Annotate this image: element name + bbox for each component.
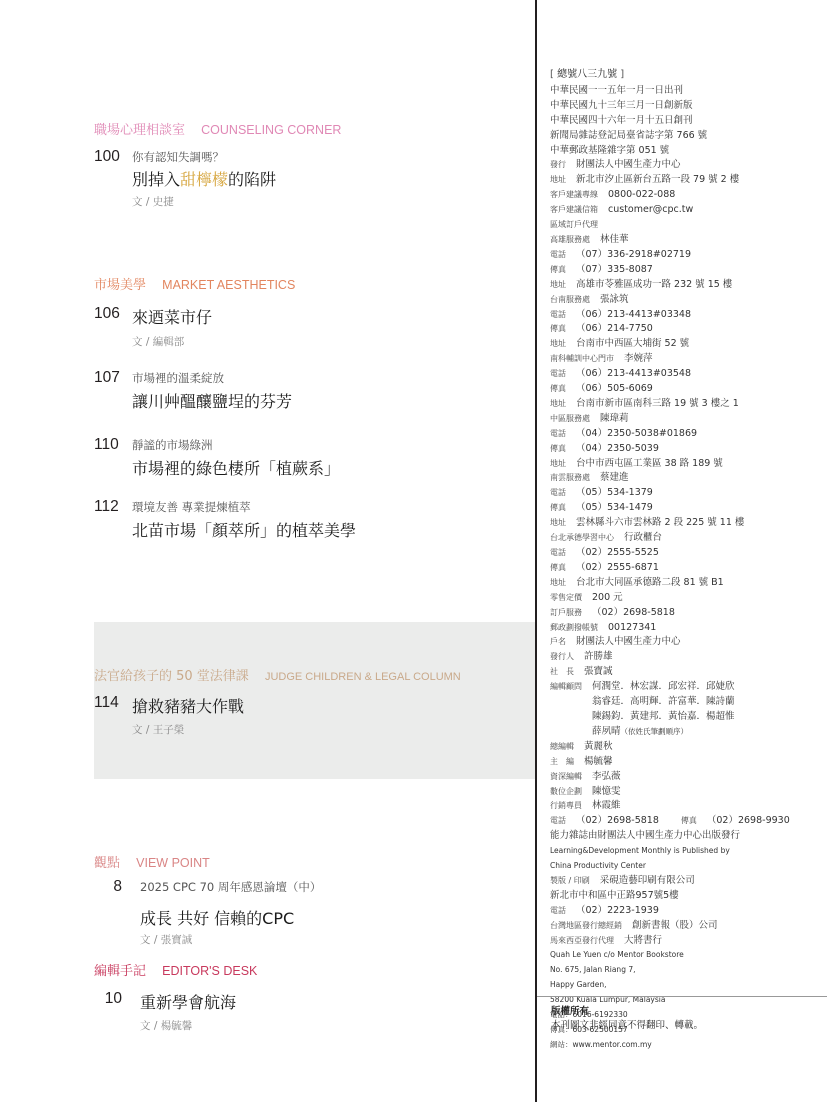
colophon-label: 數位企劃 <box>550 785 582 799</box>
colophon-line: 中華民國九十三年三月一日創新版 <box>550 99 820 114</box>
colophon-divider <box>537 996 827 997</box>
entry-author: 文 / 王子榮 <box>132 722 184 737</box>
colophon-label: 電話 <box>550 427 566 441</box>
colophon-label: 馬來西亞發行代理 <box>550 934 614 948</box>
colophon-line: Learning&Development Monthly is Publishe… <box>550 844 820 859</box>
colophon-label: 電話 <box>550 546 566 560</box>
colophon-value: （02）2555-6871 <box>576 562 659 573</box>
colophon-line: 訂戶服務（02）2698-5818 <box>550 606 820 621</box>
page-number: 100 <box>94 148 120 166</box>
colophon-line: 電話（06）213-4413#03348 <box>550 308 820 323</box>
colophon-line: 傳真（04）2350-5039 <box>550 442 820 457</box>
page-number: 10 <box>94 990 122 1008</box>
colophon-label: 資深編輯 <box>550 770 582 784</box>
colophon-value: 翁睿廷．高明輝．許富華．陳詩蘭 <box>592 696 735 707</box>
colophon-line: 總編輯黃麗秋 <box>550 740 820 755</box>
colophon-line: 台南服務處張詠筑 <box>550 293 820 308</box>
colophon-value: 楊毓馨 <box>584 756 613 767</box>
colophon-line: 製版 / 印刷采硯造藝印刷有限公司 <box>550 874 820 889</box>
page-number: 8 <box>94 878 122 896</box>
colophon-line: 零售定價200 元 <box>550 591 820 606</box>
copyright-heading: 版權所有 <box>551 1005 703 1019</box>
entry-subtitle: 市場裡的溫柔綻放 <box>132 370 224 386</box>
entry-title: 讓川艸醞釀鹽埕的芬芳 <box>132 389 292 412</box>
colophon-value: 采硯造藝印刷有限公司 <box>600 875 695 886</box>
colophon-label: 電話 <box>550 308 566 322</box>
colophon-value: 許勝雄 <box>584 651 613 662</box>
colophon-value: 雲林縣斗六市雲林路 2 段 225 號 11 樓 <box>576 517 744 528</box>
colophon-value: 新北市中和區中正路957號5樓 <box>550 890 679 901</box>
colophon-line: 電話（06）213-4413#03548 <box>550 367 820 382</box>
colophon-value: 網站：www.mentor.com.my <box>550 1040 652 1049</box>
colophon-line: 地址台南市新市區南科三路 19 號 3 樓之 1 <box>550 397 820 412</box>
colophon-label: 傳真 <box>550 442 566 456</box>
issue-number: [ 總號八三九號 ] <box>550 68 820 82</box>
colophon-value: （05）534-1479 <box>576 502 653 513</box>
colophon-label: 總編輯 <box>550 740 574 754</box>
colophon-line: 傳真（02）2555-6871 <box>550 561 820 576</box>
colophon-line: 南雲服務處蔡建進 <box>550 471 820 486</box>
colophon-value: 高雄市苓雅區成功一路 232 號 15 樓 <box>576 279 732 290</box>
colophon-value: （06）214-7750 <box>576 323 653 334</box>
section-header-judge: 法官給孩子的 50 堂法律課 JUDGE CHILDREN & LEGAL CO… <box>94 665 461 684</box>
colophon-line: 台北承德學習中心行政櫃台 <box>550 531 820 546</box>
colophon-line: 陳錫鈞．黃建邦．黃怡嘉．楊超惟 <box>550 710 820 725</box>
colophon-note: （依姓氏筆劃順序） <box>621 727 689 736</box>
colophon-line: 電話（07）336-2918#02719 <box>550 248 820 263</box>
colophon-label: 社 長 <box>550 665 574 679</box>
colophon-label: 電話 <box>550 486 566 500</box>
colophon-value: 新北市汐止區新台五路一段 79 號 2 樓 <box>576 174 739 185</box>
colophon-line: 中華民國四十六年一月十五日創刊 <box>550 114 820 129</box>
colophon-line: 地址台南市中西區大埔街 52 號 <box>550 337 820 352</box>
colophon-value: （04）2350-5039 <box>576 443 659 454</box>
colophon-value: （06）213-4413#03548 <box>576 368 691 379</box>
colophon-value: 財團法人中國生產力中心 <box>576 636 681 647</box>
colophon-label: 編輯顧問 <box>550 680 582 694</box>
colophon-value: 薛夙晴 <box>592 726 621 737</box>
colophon-value: 李婉萍 <box>624 353 653 364</box>
colophon-line: 翁睿廷．高明輝．許富華．陳詩蘭 <box>550 695 820 710</box>
colophon-label: 行銷專員 <box>550 799 582 813</box>
colophon-value: 能力雜誌由財團法人中國生產力中心出版發行 <box>550 830 740 841</box>
colophon-value: （05）534-1379 <box>576 487 653 498</box>
colophon-value: （04）2350-5038#01869 <box>576 428 697 439</box>
colophon-value: No. 675, Jalan Riang 7, <box>550 965 636 974</box>
colophon-value: 蔡建進 <box>600 472 629 483</box>
colophon-line: 電話（02）2698-5818傳真（02）2698-9930 <box>550 814 820 829</box>
colophon-value: 台北市大同區承德路二段 81 號 B1 <box>576 577 724 588</box>
colophon-line: 電話（02）2223-1939 <box>550 904 820 919</box>
colophon-label: 地址 <box>550 576 566 590</box>
colophon-value: 中華民國一一五年一月一日出刊 <box>550 85 683 96</box>
colophon-line: 地址台北市大同區承德路二段 81 號 B1 <box>550 576 820 591</box>
colophon-value: （02）2555-5525 <box>576 547 659 558</box>
colophon-label: 訂戶服務 <box>550 606 582 620</box>
colophon-value: 陳錫鈞．黃建邦．黃怡嘉．楊超惟 <box>592 711 735 722</box>
colophon-line: 地址雲林縣斗六市雲林路 2 段 225 號 11 樓 <box>550 516 820 531</box>
colophon-label: 發行 <box>550 158 566 172</box>
entry-author: 文 / 楊毓馨 <box>140 1018 192 1033</box>
colophon-label: 傳真 <box>550 322 566 336</box>
colophon-line: 高雄服務處林佳華 <box>550 233 820 248</box>
section-header-viewpoint: 觀點 VIEW POINT <box>94 852 210 871</box>
page-number: 114 <box>94 694 119 712</box>
colophon-line: 電話（04）2350-5038#01869 <box>550 427 820 442</box>
colophon-value: customer@cpc.tw <box>608 204 693 215</box>
colophon-line: No. 675, Jalan Riang 7, <box>550 963 820 978</box>
colophon-line: 數位企劃陳憶雯 <box>550 785 820 800</box>
page-number: 106 <box>94 305 120 323</box>
colophon-label: 台北承德學習中心 <box>550 531 614 545</box>
colophon-label: 地址 <box>550 516 566 530</box>
colophon-line: 能力雜誌由財團法人中國生產力中心出版發行 <box>550 829 820 844</box>
colophon-value: 林霞維 <box>592 800 621 811</box>
colophon-label: 傳真 <box>681 814 697 828</box>
colophon-line: 地址新北市汐止區新台五路一段 79 號 2 樓 <box>550 173 820 188</box>
colophon-value: （02）2698-5818 <box>576 815 659 826</box>
colophon-line: 郵政劃撥帳號00127341 <box>550 621 820 636</box>
colophon-label: 高雄服務處 <box>550 233 590 247</box>
colophon-label: 區域訂戶代理 <box>550 218 598 232</box>
colophon-line: 主 編楊毓馨 <box>550 755 820 770</box>
section-header-counseling: 職場心理相談室 COUNSELING CORNER <box>94 119 341 138</box>
colophon-value: （06）505-6069 <box>576 383 653 394</box>
copyright-text: 本刊圖文非經同意不得翻印、轉載。 <box>551 1019 703 1033</box>
colophon-line: 資深編輯李弘薇 <box>550 770 820 785</box>
colophon-label: 傳真 <box>550 561 566 575</box>
colophon-label: 主 編 <box>550 755 574 769</box>
colophon-value: 中華郵政基隆雜字第 051 號 <box>550 145 669 156</box>
colophon-line: 編輯顧問何潤堂．林宏謀．邱宏祥．邱婕欣 <box>550 680 820 695</box>
colophon-value: 張詠筑 <box>600 294 629 305</box>
colophon-value: 台南市中西區大埔街 52 號 <box>576 338 689 349</box>
entry-subtitle: 靜謐的市場綠洲 <box>132 437 213 453</box>
colophon-value: 張寶誠 <box>584 666 613 677</box>
colophon-label: 地址 <box>550 173 566 187</box>
colophon-value: 大將書行 <box>624 935 662 946</box>
page-number: 110 <box>94 436 119 454</box>
colophon-value: （02）2698-9930 <box>707 815 790 826</box>
entry-subtitle: 環境友善 專業提煉植萃 <box>132 499 251 515</box>
colophon-line: 中華民國一一五年一月一日出刊 <box>550 84 820 99</box>
colophon-line: 馬來西亞發行代理大將書行 <box>550 934 820 949</box>
colophon-label: 地址 <box>550 457 566 471</box>
colophon-line: 地址高雄市苓雅區成功一路 232 號 15 樓 <box>550 278 820 293</box>
colophon-label: 郵政劃撥帳號 <box>550 621 598 635</box>
colophon-value: 中華民國四十六年一月十五日創刊 <box>550 115 693 126</box>
colophon-value: 黃麗秋 <box>584 741 613 752</box>
colophon-value: （02）2698-5818 <box>592 607 675 618</box>
colophon-label: 客戶建議信箱 <box>550 203 598 217</box>
colophon-value: 台南市新市區南科三路 19 號 3 樓之 1 <box>576 398 739 409</box>
colophon-value: 00127341 <box>608 622 656 633</box>
colophon-line: 傳真（06）214-7750 <box>550 322 820 337</box>
colophon-value: 行政櫃台 <box>624 532 662 543</box>
column-divider <box>535 0 537 1102</box>
entry-title: 成長 共好 信賴的CPC <box>140 906 294 929</box>
colophon-value: （06）213-4413#03348 <box>576 309 691 320</box>
colophon-label: 電話 <box>550 904 566 918</box>
colophon-line: 電話（02）2555-5525 <box>550 546 820 561</box>
colophon-label: 傳真 <box>550 382 566 396</box>
colophon-line: 發行人許勝雄 <box>550 650 820 665</box>
colophon-value: 何潤堂．林宏謀．邱宏祥．邱婕欣 <box>592 681 735 692</box>
section-header-market: 市場美學 MARKET AESTHETICS <box>94 274 295 293</box>
colophon-value: 陳瑋莉 <box>600 413 629 424</box>
colophon-line: 中區服務處陳瑋莉 <box>550 412 820 427</box>
colophon-label: 傳真 <box>550 263 566 277</box>
colophon-value: 新聞局雜誌登記局臺省誌字第 766 號 <box>550 130 707 141</box>
colophon-line: 發行財團法人中國生產力中心 <box>550 158 820 173</box>
colophon-line: 網站：www.mentor.com.my <box>550 1038 820 1053</box>
colophon-line: 地址台中市西屯區工業區 38 路 189 號 <box>550 457 820 472</box>
colophon-label: 南雲服務處 <box>550 471 590 485</box>
section-header-editor: 編輯手記 EDITOR'S DESK <box>94 960 257 979</box>
colophon-line: Quah Le Yuen c/o Mentor Bookstore <box>550 948 820 963</box>
colophon-value: 中華民國九十三年三月一日創新版 <box>550 100 693 111</box>
colophon-line: 傳真（05）534-1479 <box>550 501 820 516</box>
colophon-line: 客戶建議專線0800-022-088 <box>550 188 820 203</box>
colophon-line: 薛夙晴（依姓氏筆劃順序） <box>550 725 820 740</box>
colophon-label: 台灣地區發行總經銷 <box>550 919 622 933</box>
page-number: 107 <box>94 369 120 387</box>
colophon-label: 客戶建議專線 <box>550 188 598 202</box>
colophon-label: 發行人 <box>550 650 574 664</box>
colophon-value: 財團法人中國生產力中心 <box>576 159 681 170</box>
colophon-label: 地址 <box>550 397 566 411</box>
colophon-label: 電話 <box>550 248 566 262</box>
entry-title: 市場裡的綠色棲所「植蕨系」 <box>132 456 340 479</box>
colophon-line: 新北市中和區中正路957號5樓 <box>550 889 820 904</box>
colophon-lines: 中華民國一一五年一月一日出刊中華民國九十三年三月一日創新版中華民國四十六年一月十… <box>550 84 820 1053</box>
colophon-line: 行銷專員林霞維 <box>550 799 820 814</box>
colophon-value: （07）336-2918#02719 <box>576 249 691 260</box>
colophon-value: 創新書報（股）公司 <box>632 920 718 931</box>
entry-subtitle: 2025 CPC 70 周年感恩論壇（中） <box>140 879 321 895</box>
colophon-line: 傳真（07）335-8087 <box>550 263 820 278</box>
entry-author: 文 / 編輯部 <box>132 334 184 349</box>
colophon-line: 傳真（06）505-6069 <box>550 382 820 397</box>
colophon-label: 電話 <box>550 367 566 381</box>
colophon: [ 總號八三九號 ] 中華民國一一五年一月一日出刊中華民國九十三年三月一日創新版… <box>550 68 820 1053</box>
page-number: 112 <box>94 498 119 516</box>
entry-title: 搶救豬豬大作戰 <box>132 694 244 717</box>
colophon-value: 陳憶雯 <box>592 786 621 797</box>
colophon-value: 200 元 <box>592 592 623 603</box>
colophon-line: 台灣地區發行總經銷創新書報（股）公司 <box>550 919 820 934</box>
colophon-label: 製版 / 印刷 <box>550 874 590 888</box>
colophon-label: 中區服務處 <box>550 412 590 426</box>
colophon-line: 新聞局雜誌登記局臺省誌字第 766 號 <box>550 129 820 144</box>
entry-author: 文 / 史捷 <box>132 194 174 209</box>
colophon-label: 地址 <box>550 337 566 351</box>
colophon-line: 中華郵政基隆雜字第 051 號 <box>550 144 820 159</box>
colophon-label: 台南服務處 <box>550 293 590 307</box>
colophon-line: 區域訂戶代理 <box>550 218 820 233</box>
colophon-line: 客戶建議信箱customer@cpc.tw <box>550 203 820 218</box>
colophon-line: 電話（05）534-1379 <box>550 486 820 501</box>
colophon-value: 台中市西屯區工業區 38 路 189 號 <box>576 458 723 469</box>
colophon-value: Quah Le Yuen c/o Mentor Bookstore <box>550 950 684 959</box>
colophon-label: 地址 <box>550 278 566 292</box>
colophon-label: 電話 <box>550 814 566 828</box>
colophon-value: （07）335-8087 <box>576 264 653 275</box>
colophon-line: 社 長張寶誠 <box>550 665 820 680</box>
colophon-label: 傳真 <box>550 501 566 515</box>
entry-author: 文 / 張寶誠 <box>140 932 192 947</box>
colophon-line: China Productivity Center <box>550 859 820 874</box>
colophon-label: 零售定價 <box>550 591 582 605</box>
colophon-line: 戶名財團法人中國生產力中心 <box>550 635 820 650</box>
colophon-value: Happy Garden, <box>550 980 606 989</box>
colophon-line: 南科輔訓中心門市李婉萍 <box>550 352 820 367</box>
entry-title: 來迺菜市仔 <box>132 305 212 328</box>
colophon-value: Learning&Development Monthly is Publishe… <box>550 846 730 855</box>
copyright-notice: 版權所有 本刊圖文非經同意不得翻印、轉載。 <box>551 1005 703 1033</box>
colophon-value: 林佳華 <box>600 234 629 245</box>
colophon-value: 李弘薇 <box>592 771 621 782</box>
colophon-value: （02）2223-1939 <box>576 905 659 916</box>
colophon-label: 戶名 <box>550 635 566 649</box>
colophon-line: Happy Garden, <box>550 978 820 993</box>
colophon-value: 0800-022-088 <box>608 189 675 200</box>
entry-title: 重新學會航海 <box>140 990 236 1013</box>
entry-title: 北苗市場「顏萃所」的植萃美學 <box>132 518 356 541</box>
entry-subtitle: 你有認知失調嗎？ <box>132 149 224 165</box>
colophon-label: 南科輔訓中心門市 <box>550 352 614 366</box>
colophon-value: China Productivity Center <box>550 861 646 870</box>
entry-title: 別掉入甜檸檬的陷阱 <box>132 167 276 190</box>
